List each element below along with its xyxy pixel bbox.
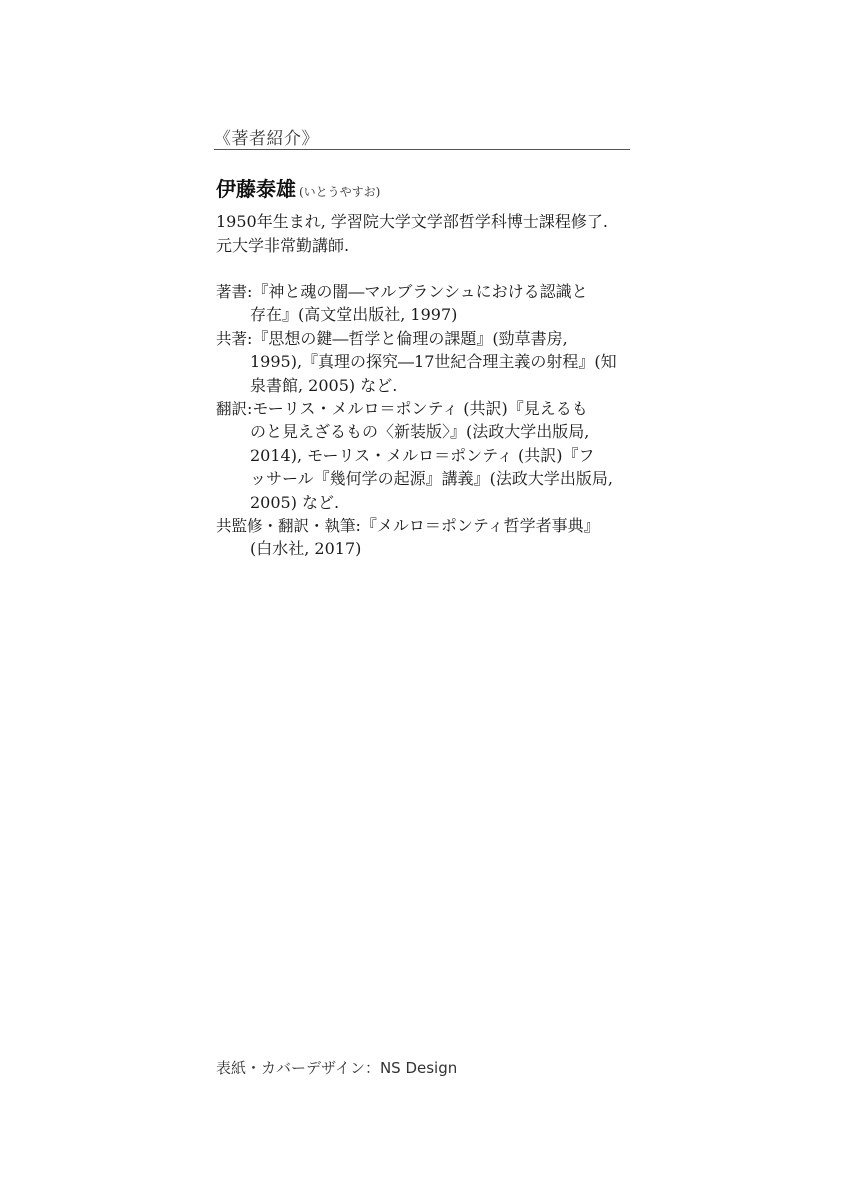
works-line: 翻訳:モーリス・メルロ＝ポンティ (共訳)『見えるも: [216, 397, 636, 420]
bio-line: 1950年生まれ, 学習院大学文学部哲学科博士課程修了.: [216, 210, 636, 234]
works-line: 共著:『思想の鍵―哲学と倫理の課題』(勁草書房,: [216, 327, 636, 350]
works-text: :『メルロ＝ポンティ哲学者事典』: [356, 516, 600, 535]
works-label: 翻訳: [216, 400, 247, 418]
works-text: :『神と魂の闇―マルブランシュにおける認識と: [247, 282, 588, 301]
author-name: 伊藤泰雄: [216, 177, 296, 201]
works-entry-supervised: 共監修・翻訳・執筆:『メルロ＝ポンティ哲学者事典』 (白水社, 2017): [216, 514, 636, 561]
works-entry-translations: 翻訳:モーリス・メルロ＝ポンティ (共訳)『見えるも のと見えざるもの〈新装版〉…: [216, 397, 636, 514]
works-label: 共監修・翻訳・執筆: [216, 517, 356, 535]
works-line: (白水社, 2017): [216, 537, 636, 560]
design-credit: 表紙・カバーデザイン：NS Design: [216, 1057, 457, 1078]
works-label: 著書: [216, 283, 247, 301]
works-list: 著書:『神と魂の闇―マルブランシュにおける認識と 存在』(高文堂出版社, 199…: [216, 280, 636, 561]
works-line: 著書:『神と魂の闇―マルブランシュにおける認識と: [216, 280, 636, 303]
works-line: のと見えざるもの〈新装版〉』(法政大学出版局,: [216, 420, 636, 443]
works-entry-authored: 著書:『神と魂の闇―マルブランシュにおける認識と 存在』(高文堂出版社, 199…: [216, 280, 636, 327]
section-title: 《著者紹介》: [214, 124, 319, 149]
works-line: 2005) など.: [216, 491, 636, 514]
works-line: 2014), モーリス・メルロ＝ポンティ (共訳)『フ: [216, 444, 636, 467]
works-line: 存在』(高文堂出版社, 1997): [216, 303, 636, 326]
author-name-line: 伊藤泰雄(いとうやすお): [216, 173, 380, 202]
title-divider: [214, 149, 630, 150]
works-text: :『思想の鍵―哲学と倫理の課題』(勁草書房,: [247, 329, 568, 348]
author-bio: 1950年生まれ, 学習院大学文学部哲学科博士課程修了. 元大学非常勤講師.: [216, 210, 636, 258]
works-entry-coauthored: 共著:『思想の鍵―哲学と倫理の課題』(勁草書房, 1995),『真理の探究―17…: [216, 327, 636, 397]
bio-line: 元大学非常勤講師.: [216, 234, 636, 258]
works-line: 1995),『真理の探究―17世紀合理主義の射程』(知: [216, 350, 636, 373]
author-reading: (いとうやすお): [299, 185, 380, 199]
works-line: ッサール『幾何学の起源』講義』(法政大学出版局,: [216, 467, 636, 490]
works-line: 共監修・翻訳・執筆:『メルロ＝ポンティ哲学者事典』: [216, 514, 636, 537]
works-line: 泉書館, 2005) など.: [216, 374, 636, 397]
works-label: 共著: [216, 330, 247, 348]
works-text: :モーリス・メルロ＝ポンティ (共訳)『見えるも: [247, 399, 588, 418]
